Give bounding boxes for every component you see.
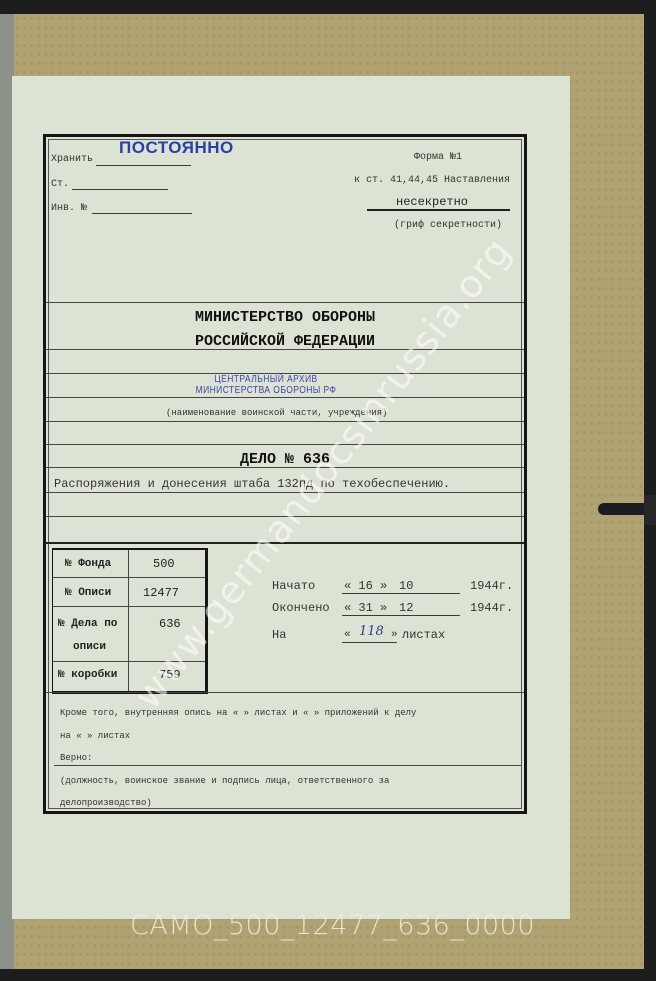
end-month: 12 — [399, 601, 413, 615]
table-rule — [53, 606, 205, 607]
secrecy-value: несекретно — [396, 195, 468, 209]
end-day: « 31 » — [344, 601, 387, 615]
sheets-open-quote: « — [344, 629, 351, 641]
start-year: 1944г. — [470, 579, 513, 593]
responsible-line1: (должность, воинское звание и подпись ли… — [60, 776, 389, 786]
archive-stamp-line1: ЦЕНТРАЛЬНЫЙ АРХИВ — [181, 374, 351, 385]
keep-label: Хранить — [51, 154, 93, 165]
end-label: Окончено — [272, 601, 330, 615]
fond-value: 500 — [153, 557, 175, 571]
inventory-note-line1: Кроме того, внутренняя опись на « » лист… — [60, 708, 416, 718]
rule — [46, 467, 524, 468]
inventory-note-line2: на « » листах — [60, 731, 130, 741]
responsible-line2: делопроизводство) — [60, 798, 152, 808]
secrecy-underline — [367, 209, 510, 211]
archive-stamp-line2: МИНИСТЕРСТВА ОБОРОНЫ РФ — [181, 385, 351, 396]
start-month: 10 — [399, 579, 413, 593]
sheets-suffix: листах — [402, 628, 445, 642]
fond-label: № Фонда — [65, 558, 111, 570]
verified-label: Верно: — [60, 753, 92, 763]
end-year: 1944г. — [470, 601, 513, 615]
start-underline — [342, 593, 460, 594]
sheets-count: 118 — [359, 624, 384, 639]
form-number: Форма №1 — [414, 152, 462, 163]
rule — [46, 421, 524, 422]
case-title: ДЕЛО № 636 — [46, 451, 524, 468]
inv-underline — [92, 213, 192, 214]
sheets-underline — [342, 642, 397, 643]
case-description: Распоряжения и донесения штаба 132пд по … — [54, 477, 450, 491]
opis-value: 12477 — [143, 586, 179, 600]
form-frame: Хранить ПОСТОЯННО Ст. Инв. № Форма №1 к … — [43, 134, 527, 814]
permanent-stamp: ПОСТОЯННО — [119, 138, 234, 158]
box-label: № коробки — [58, 669, 117, 681]
start-day: « 16 » — [344, 579, 387, 593]
rule — [46, 349, 524, 350]
sheets-close-quote: » — [391, 629, 398, 641]
end-underline — [342, 615, 460, 616]
st-label: Ст. — [51, 179, 69, 190]
folder-string-end — [644, 495, 656, 525]
table-divider — [128, 550, 129, 691]
rule — [54, 765, 521, 766]
st-underline — [72, 189, 168, 190]
archive-stamp: ЦЕНТРАЛЬНЫЙ АРХИВ МИНИСТЕРСТВА ОБОРОНЫ Р… — [181, 374, 351, 396]
rule — [46, 692, 524, 693]
image-caption: CAMO_500_12477_636_0000 — [130, 910, 535, 941]
rule — [46, 397, 524, 398]
delo-label: № Дела по — [58, 618, 117, 630]
sheets-label: На — [272, 628, 286, 642]
form-reference: к ст. 41,44,45 Наставления — [354, 175, 510, 186]
inv-label: Инв. № — [51, 203, 87, 214]
folder-string-tie — [598, 503, 646, 515]
keep-underline — [96, 165, 191, 166]
start-label: Начато — [272, 579, 315, 593]
delo-label-2: описи — [73, 641, 106, 653]
opis-label: № Описи — [65, 587, 111, 599]
table-rule — [53, 577, 205, 578]
rule — [46, 444, 524, 445]
